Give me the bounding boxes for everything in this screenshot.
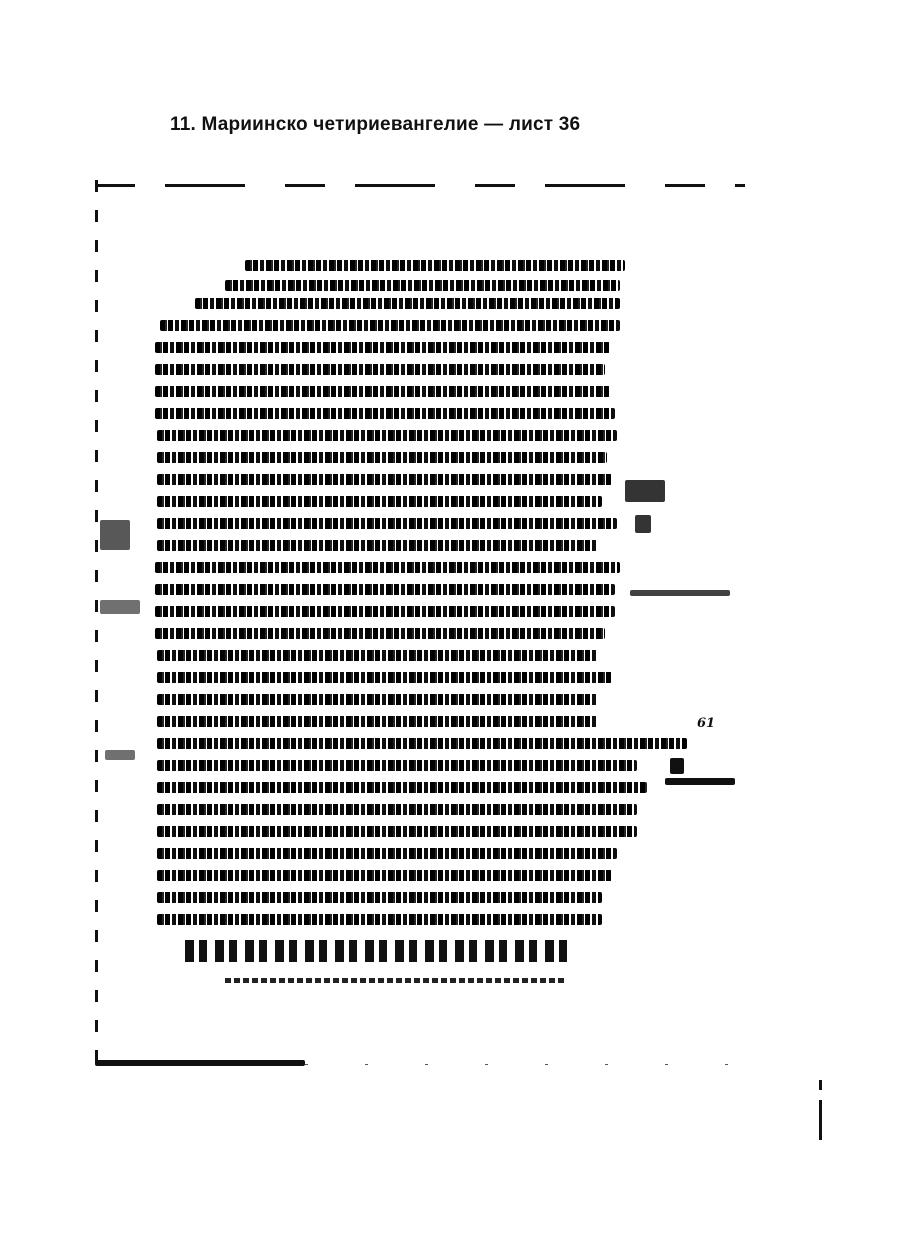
frame-left-edge — [95, 180, 98, 1068]
text-line — [155, 606, 615, 617]
text-line — [157, 694, 597, 705]
text-line — [157, 672, 612, 683]
frame-top-edge — [95, 184, 745, 187]
marginal-note-left — [100, 520, 130, 550]
text-line — [157, 892, 602, 903]
text-line — [155, 386, 610, 397]
scan-mark — [819, 1100, 822, 1140]
decorative-heading — [185, 940, 575, 962]
marginal-note-left — [105, 750, 135, 760]
text-line — [157, 870, 612, 881]
text-line — [157, 540, 597, 551]
scan-mark — [819, 1080, 822, 1090]
marginal-note — [630, 590, 730, 596]
text-line — [155, 562, 620, 573]
text-line — [155, 584, 615, 595]
marginal-note — [670, 758, 684, 774]
caption-title: Мариинско четириевангелие — лист 36 — [201, 114, 580, 135]
text-line — [157, 650, 597, 661]
marginal-number: 61 — [697, 716, 715, 731]
marginal-note — [665, 778, 735, 785]
marginal-note — [625, 480, 665, 502]
frame-bottom-edge — [95, 1060, 305, 1066]
text-line — [157, 804, 637, 815]
text-line — [157, 914, 602, 925]
text-line — [157, 782, 647, 793]
text-line — [157, 518, 617, 529]
heading-subline — [225, 978, 565, 983]
text-line — [157, 452, 607, 463]
figure-caption: 11. Мариинско четириевангелие — лист 36 — [170, 114, 580, 136]
text-line — [157, 760, 637, 771]
manuscript-facsimile: 61 — [95, 180, 745, 1070]
text-line — [195, 298, 620, 309]
text-line — [155, 408, 615, 419]
text-line — [160, 320, 620, 331]
text-line — [157, 474, 612, 485]
text-line — [155, 364, 605, 375]
frame-bottom-dots — [305, 1064, 745, 1065]
text-line — [157, 496, 602, 507]
text-line — [225, 280, 620, 291]
text-line — [157, 716, 597, 727]
caption-number: 11. — [170, 114, 196, 135]
text-line — [155, 628, 605, 639]
text-line — [157, 430, 617, 441]
text-line — [245, 260, 625, 271]
marginal-note-left — [100, 600, 140, 614]
text-line — [157, 738, 687, 749]
marginal-note — [635, 515, 651, 533]
text-line — [155, 342, 610, 353]
text-line — [157, 848, 617, 859]
text-line — [157, 826, 637, 837]
